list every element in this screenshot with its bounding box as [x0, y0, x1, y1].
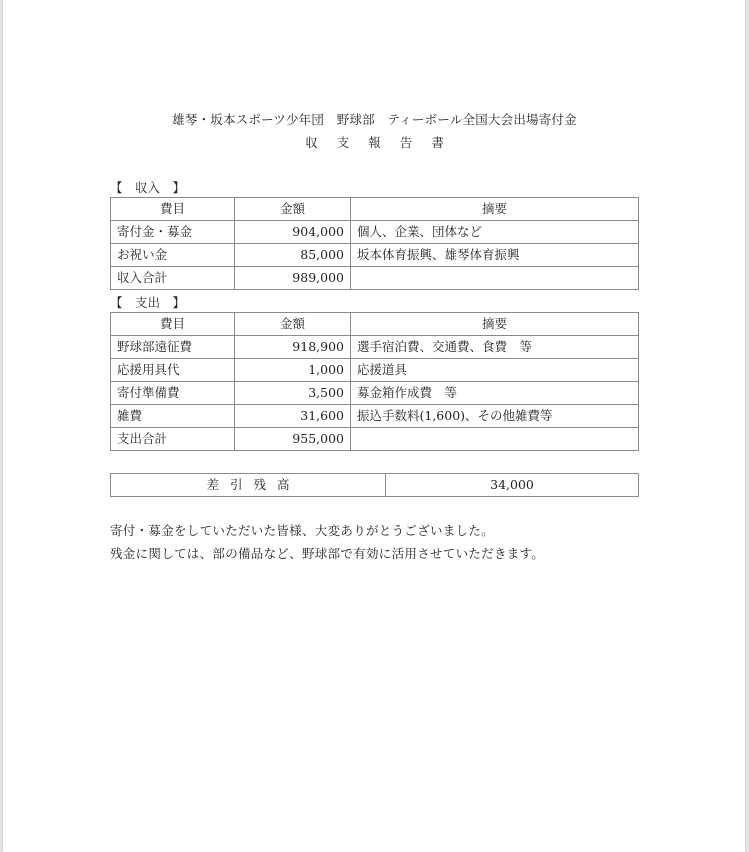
header-amount: 金額: [235, 198, 351, 221]
thanks-note: 寄付・募金をしていただいた皆様、大変ありがとうございました。: [110, 521, 494, 539]
row-item: 支出合計: [111, 428, 235, 451]
balance-amount: 34,000: [386, 474, 639, 497]
table-row: お祝い金 85,000 坂本体育振興、雄琴体育振興: [111, 244, 639, 267]
row-note: 振込手数料(1,600)、その他雑費等: [351, 405, 639, 428]
row-amount: 918,900: [235, 336, 351, 359]
row-item: 収入合計: [111, 267, 235, 290]
expense-table: 費目 金額 摘要 野球部遠征費 918,900 選手宿泊費、交通費、食費 等 応…: [110, 312, 639, 451]
table-row: 野球部遠征費 918,900 選手宿泊費、交通費、食費 等: [111, 336, 639, 359]
row-amount: 989,000: [235, 267, 351, 290]
row-amount: 85,000: [235, 244, 351, 267]
expense-table-header: 費目 金額 摘要: [111, 313, 639, 336]
table-row: 寄付準備費 3,500 募金箱作成費 等: [111, 382, 639, 405]
remaining-funds-note: 残金に関しては、部の備品など、野球部で有効に活用させていただきます。: [110, 544, 544, 562]
header-item: 費目: [111, 313, 235, 336]
row-amount: 3,500: [235, 382, 351, 405]
document-title: 雄琴・坂本スポーツ少年団 野球部 ティーボール全国大会出場寄付金: [0, 110, 749, 128]
row-note: 個人、企業、団体など: [351, 221, 639, 244]
row-item: 雑費: [111, 405, 235, 428]
row-note: 選手宿泊費、交通費、食費 等: [351, 336, 639, 359]
table-row: 寄付金・募金 904,000 個人、企業、団体など: [111, 221, 639, 244]
balance-table: 差引残高 34,000: [110, 473, 639, 497]
row-note: [351, 428, 639, 451]
row-item: 寄付準備費: [111, 382, 235, 405]
document-subtitle: 収支報告書: [0, 133, 749, 151]
row-note: [351, 267, 639, 290]
row-amount: 955,000: [235, 428, 351, 451]
income-table: 費目 金額 摘要 寄付金・募金 904,000 個人、企業、団体など お祝い金 …: [110, 197, 639, 290]
table-row: 応援用具代 1,000 応援道具: [111, 359, 639, 382]
row-item: 応援用具代: [111, 359, 235, 382]
row-item: 野球部遠征費: [111, 336, 235, 359]
balance-label: 差引残高: [111, 474, 386, 497]
header-amount: 金額: [235, 313, 351, 336]
expense-total-row: 支出合計 955,000: [111, 428, 639, 451]
income-section-label: 【 収入 】: [110, 178, 185, 196]
income-total-row: 収入合計 989,000: [111, 267, 639, 290]
row-amount: 1,000: [235, 359, 351, 382]
expense-section-label: 【 支出 】: [110, 293, 185, 311]
header-note: 摘要: [351, 313, 639, 336]
row-note: 坂本体育振興、雄琴体育振興: [351, 244, 639, 267]
row-note: 応援道具: [351, 359, 639, 382]
header-note: 摘要: [351, 198, 639, 221]
row-item: お祝い金: [111, 244, 235, 267]
header-item: 費目: [111, 198, 235, 221]
row-amount: 31,600: [235, 405, 351, 428]
table-row: 雑費 31,600 振込手数料(1,600)、その他雑費等: [111, 405, 639, 428]
row-item: 寄付金・募金: [111, 221, 235, 244]
row-amount: 904,000: [235, 221, 351, 244]
income-table-header: 費目 金額 摘要: [111, 198, 639, 221]
row-note: 募金箱作成費 等: [351, 382, 639, 405]
balance-row: 差引残高 34,000: [111, 474, 639, 497]
